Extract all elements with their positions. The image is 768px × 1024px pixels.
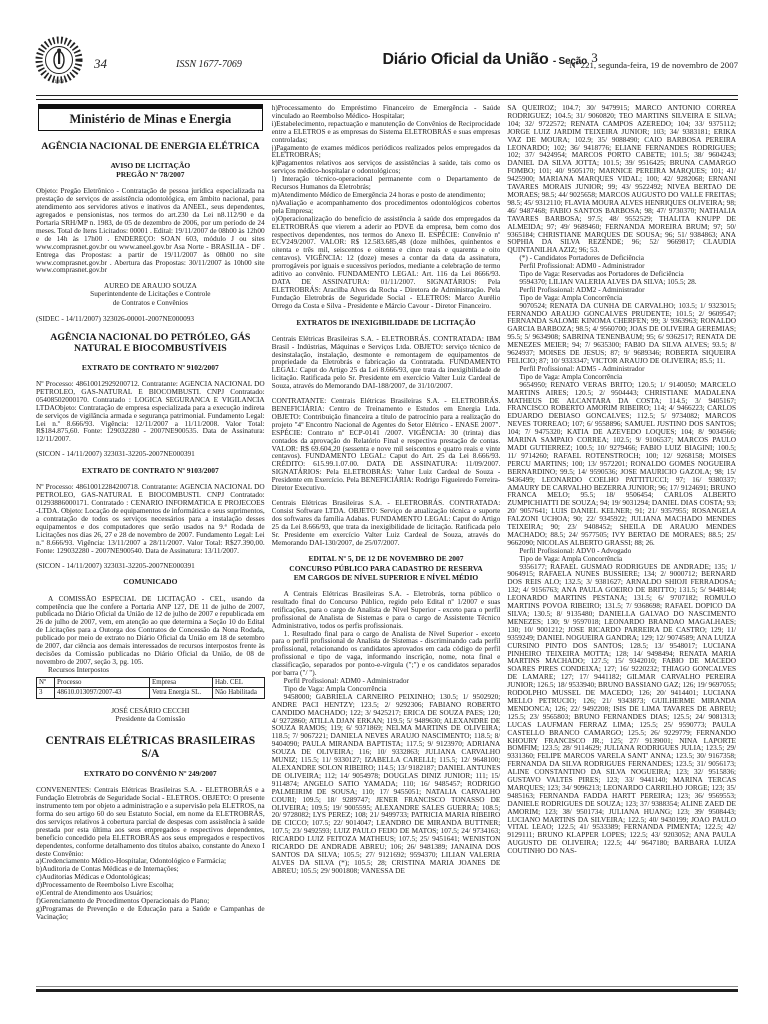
paragraph: A Centrais Elétricas Brasileiras S.A. - … (272, 590, 501, 630)
edition-info: Nº 221, segunda-feira, 19 de novembro de… (528, 60, 738, 70)
masthead-title: Diário Oficial da União (382, 51, 548, 68)
header-divider (36, 95, 738, 100)
table-header-cell: Empresa (150, 677, 213, 688)
paragraph: 9458000; GABRIELA CARNEIRO PEIXINHO; 130… (272, 693, 501, 875)
list-item: SA QUEIROZ; 104.7; 30/ 9479915; MARCO AN… (507, 104, 736, 254)
list-item: CONTRATANTE: Centrais Elétricas Brasilei… (272, 397, 501, 492)
signature-role: Superintendente de Licitações e Controle… (36, 290, 265, 307)
list-item: Objeto: Pregão Eletrônico - Contratação … (36, 187, 265, 274)
table-header-cell: Nº (37, 677, 55, 688)
page-number: 34 (94, 56, 107, 72)
gazette-page: { "header": { "page_number": "34", "issn… (0, 0, 768, 1024)
list-item: n)Avaliação e acompanhamento dos procedi… (272, 199, 501, 215)
column-right: SA QUEIROZ; 104.7; 30/ 9479915; MARCO AN… (507, 104, 736, 984)
table-cell: Vetra Energia SL. (150, 688, 213, 699)
table-row: 348610.013097/2007-43Vetra Energia SL.Nã… (37, 688, 265, 699)
publication-ref: (SIDEC - 14/11/2007) 323026-00001-2007NE… (36, 315, 265, 323)
footer-divider (36, 986, 738, 992)
signature-role: Presidente da Comissão (36, 715, 265, 723)
document-title: EXTRATO DO CONVÊNIO Nº 249/2007 (36, 769, 265, 778)
indented-line: Recursos Interpostos (36, 666, 265, 674)
list-item: j)Pagamento de exames médicos periódicos… (272, 144, 501, 160)
list-item: Nº Processo: 48610012929200712. Contrata… (36, 380, 265, 443)
imprensa-nacional-seal-icon: 1808 (34, 36, 84, 88)
paragraph: 9654950; RENATO VERAS BRITO; 120.5; 1/ 9… (507, 381, 736, 547)
list-item: Centrais Elétricas Brasileiras S.A. - EL… (272, 499, 501, 546)
paragraph: 9070524; RENATA DA CUNHA DE CARVALHO; 10… (507, 302, 736, 365)
list-item: CONVENENTES: Centrais Elétricas Brasilei… (36, 786, 265, 857)
document-title: EXTRATO DE CONTRATO Nº 9103/2007 (36, 466, 265, 475)
list-item: Centrais Elétricas Brasileiras S.A. - EL… (272, 335, 501, 390)
agency-heading: AGÊNCIA NACIONAL DO PETRÓLEO, GÁS NATURA… (40, 332, 261, 354)
paragraph: A COMISSÃO ESPECIAL DE LICITAÇÃO - CEL, … (36, 595, 265, 666)
column-middle: h)Processamento do Empréstimo Financeiro… (272, 104, 501, 984)
list-item: k)Pagamentos relativos aos serviços de a… (272, 159, 501, 175)
table-header-row: NºProcessoEmpresaHab. CEL (37, 677, 265, 688)
table-cell: 3 (37, 688, 55, 699)
paragraph: 9356177; RAFAEL GUSMAO RODRIGUES DE ANDR… (507, 563, 736, 856)
table-header-cell: Hab. CEL (213, 677, 265, 688)
table-cell: Não Habilitada (213, 688, 265, 699)
content-columns: Ministério de Minas e EnergiaAGÊNCIA NAC… (36, 104, 736, 984)
table-header-cell: Processo (55, 677, 150, 688)
ministry-banner: Ministério de Minas e Energia (38, 104, 263, 131)
column-left: Ministério de Minas e EnergiaAGÊNCIA NAC… (36, 104, 265, 984)
list-item: g)Programas de Prevenção e de Educação p… (36, 905, 265, 921)
document-title: EXTRATOS DE INEXIGIBILIDADE DE LICITAÇÃO (272, 318, 501, 327)
document-title: EXTRATO DE CONTRATO Nº 9102/2007 (36, 363, 265, 372)
agency-heading: AGÊNCIA NACIONAL DE ENERGIA ELÉTRICA (40, 141, 261, 152)
paragraph: 1. Resultado final para o cargo de Anali… (272, 630, 501, 677)
document-title: COMUNICADO (36, 577, 265, 586)
svg-text:1808: 1808 (54, 80, 65, 85)
document-title: AVISO DE LICITAÇÃO PREGÃO Nº 78/2007 (36, 161, 265, 179)
document-title: EDITAL Nº 5, DE 12 DE NOVEMBRO DE 2007 C… (272, 554, 501, 582)
list-item: l) Interação técnico-operacional permane… (272, 175, 501, 191)
list-item: o)Operacionalização do benefício de assi… (272, 215, 501, 310)
list-item: Nº Processo: 48610012284200718. Contrata… (36, 483, 265, 554)
list-item: h)Processamento do Empréstimo Financeiro… (272, 104, 501, 120)
recursos-table: NºProcessoEmpresaHab. CEL348610.013097/2… (36, 677, 265, 699)
publication-ref: (SICON - 14/11/2007) 323031-32205-2007NE… (36, 562, 265, 570)
issn-label: ISSN 1677-7069 (176, 59, 242, 70)
list-item: i)Estabelecimento, repactuação e manuten… (272, 120, 501, 144)
publication-ref: (SICON - 14/11/2007) 323031-32205-2007NE… (36, 450, 265, 458)
company-heading: CENTRAIS ELÉTRICAS BRASILEIRAS S/A (36, 735, 265, 761)
table-cell: 48610.013097/2007-43 (55, 688, 150, 699)
